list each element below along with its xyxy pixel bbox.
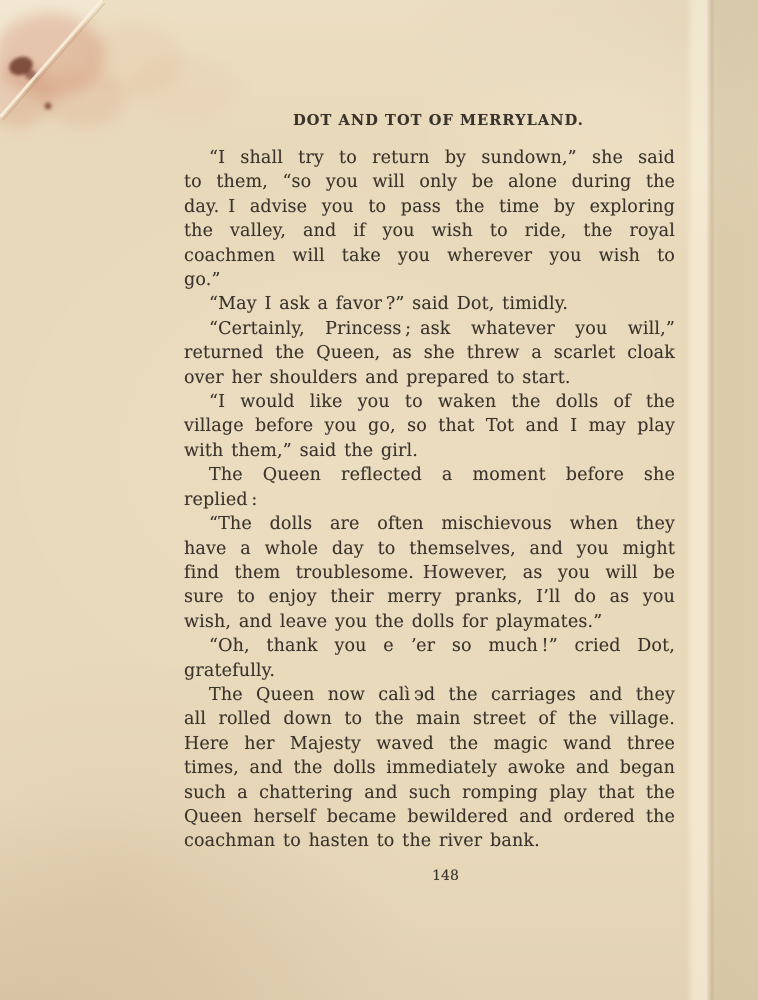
book-page-scan: DOT AND TOT OF MERRYLAND. “I shall try t… — [0, 0, 758, 1000]
text-line: coachman to hasten to the river bank. — [184, 829, 675, 853]
paragraph: “Oh, thank you e ʼer so much !” cried Do… — [184, 634, 675, 683]
text-line: Queen herself became bewildered and orde… — [184, 805, 675, 829]
paragraph: “The dolls are often mischievous when th… — [184, 512, 675, 634]
text-line: The Queen now calì эd the carriages and … — [184, 683, 675, 707]
text-line: times, and the dolls immediately awoke a… — [184, 756, 675, 780]
text-line: “I shall try to return by sundown,” she … — [184, 146, 675, 170]
text-line: “Oh, thank you e ʼer so much !” cried Do… — [184, 634, 675, 658]
text-block: “I shall try to return by sundown,” she … — [184, 146, 675, 854]
text-line: returned the Queen, as she threw a scarl… — [184, 341, 675, 365]
paragraph: The Queen now calì эd the carriages and … — [184, 683, 675, 854]
text-line: to them, “so you will only be alone duri… — [184, 170, 675, 194]
text-line: “I would like you to waken the dolls of … — [184, 390, 675, 414]
text-line: the valley, and if you wish to ride, the… — [184, 219, 675, 243]
text-line: “The dolls are often mischievous when th… — [184, 512, 675, 536]
text-line: wish, and leave you the dolls for playma… — [184, 610, 675, 634]
text-line: go.” — [184, 268, 675, 292]
text-line: have a whole day to themselves, and you … — [184, 537, 675, 561]
paragraph: The Queen reflected a moment before sher… — [184, 463, 675, 512]
text-line: over her shoulders and prepared to start… — [184, 366, 675, 390]
text-line: find them troublesome. However, as you w… — [184, 561, 675, 585]
page-number: 148 — [184, 868, 675, 884]
ink-stain — [0, 13, 240, 128]
text-line: sure to enjoy their merry pranks, I’ll d… — [184, 585, 675, 609]
text-line: village before you go, so that Tot and I… — [184, 414, 675, 438]
paragraph: “Certainly, Princess ; ask whatever you … — [184, 317, 675, 390]
text-line: day. I advise you to pass the time by ex… — [184, 195, 675, 219]
text-line: “May I ask a favor ?” said Dot, timidly. — [184, 292, 675, 316]
text-line: The Queen reflected a moment before she — [184, 463, 675, 487]
text-line: all rolled down to the main street of th… — [184, 707, 675, 731]
text-line: Here her Majesty waved the magic wand th… — [184, 732, 675, 756]
text-line: “Certainly, Princess ; ask whatever you … — [184, 317, 675, 341]
text-line: gratefully. — [184, 659, 675, 683]
text-line: replied : — [184, 488, 675, 512]
text-line: such a chattering and such romping play … — [184, 781, 675, 805]
running-header: DOT AND TOT OF MERRYLAND. — [184, 112, 675, 129]
paragraph: “I would like you to waken the dolls of … — [184, 390, 675, 463]
paragraph: “I shall try to return by sundown,” she … — [184, 146, 675, 292]
paragraph: “May I ask a favor ?” said Dot, timidly. — [184, 292, 675, 316]
text-line: coachmen will take you wherever you wish… — [184, 244, 675, 268]
text-line: with them,” said the girl. — [184, 439, 675, 463]
